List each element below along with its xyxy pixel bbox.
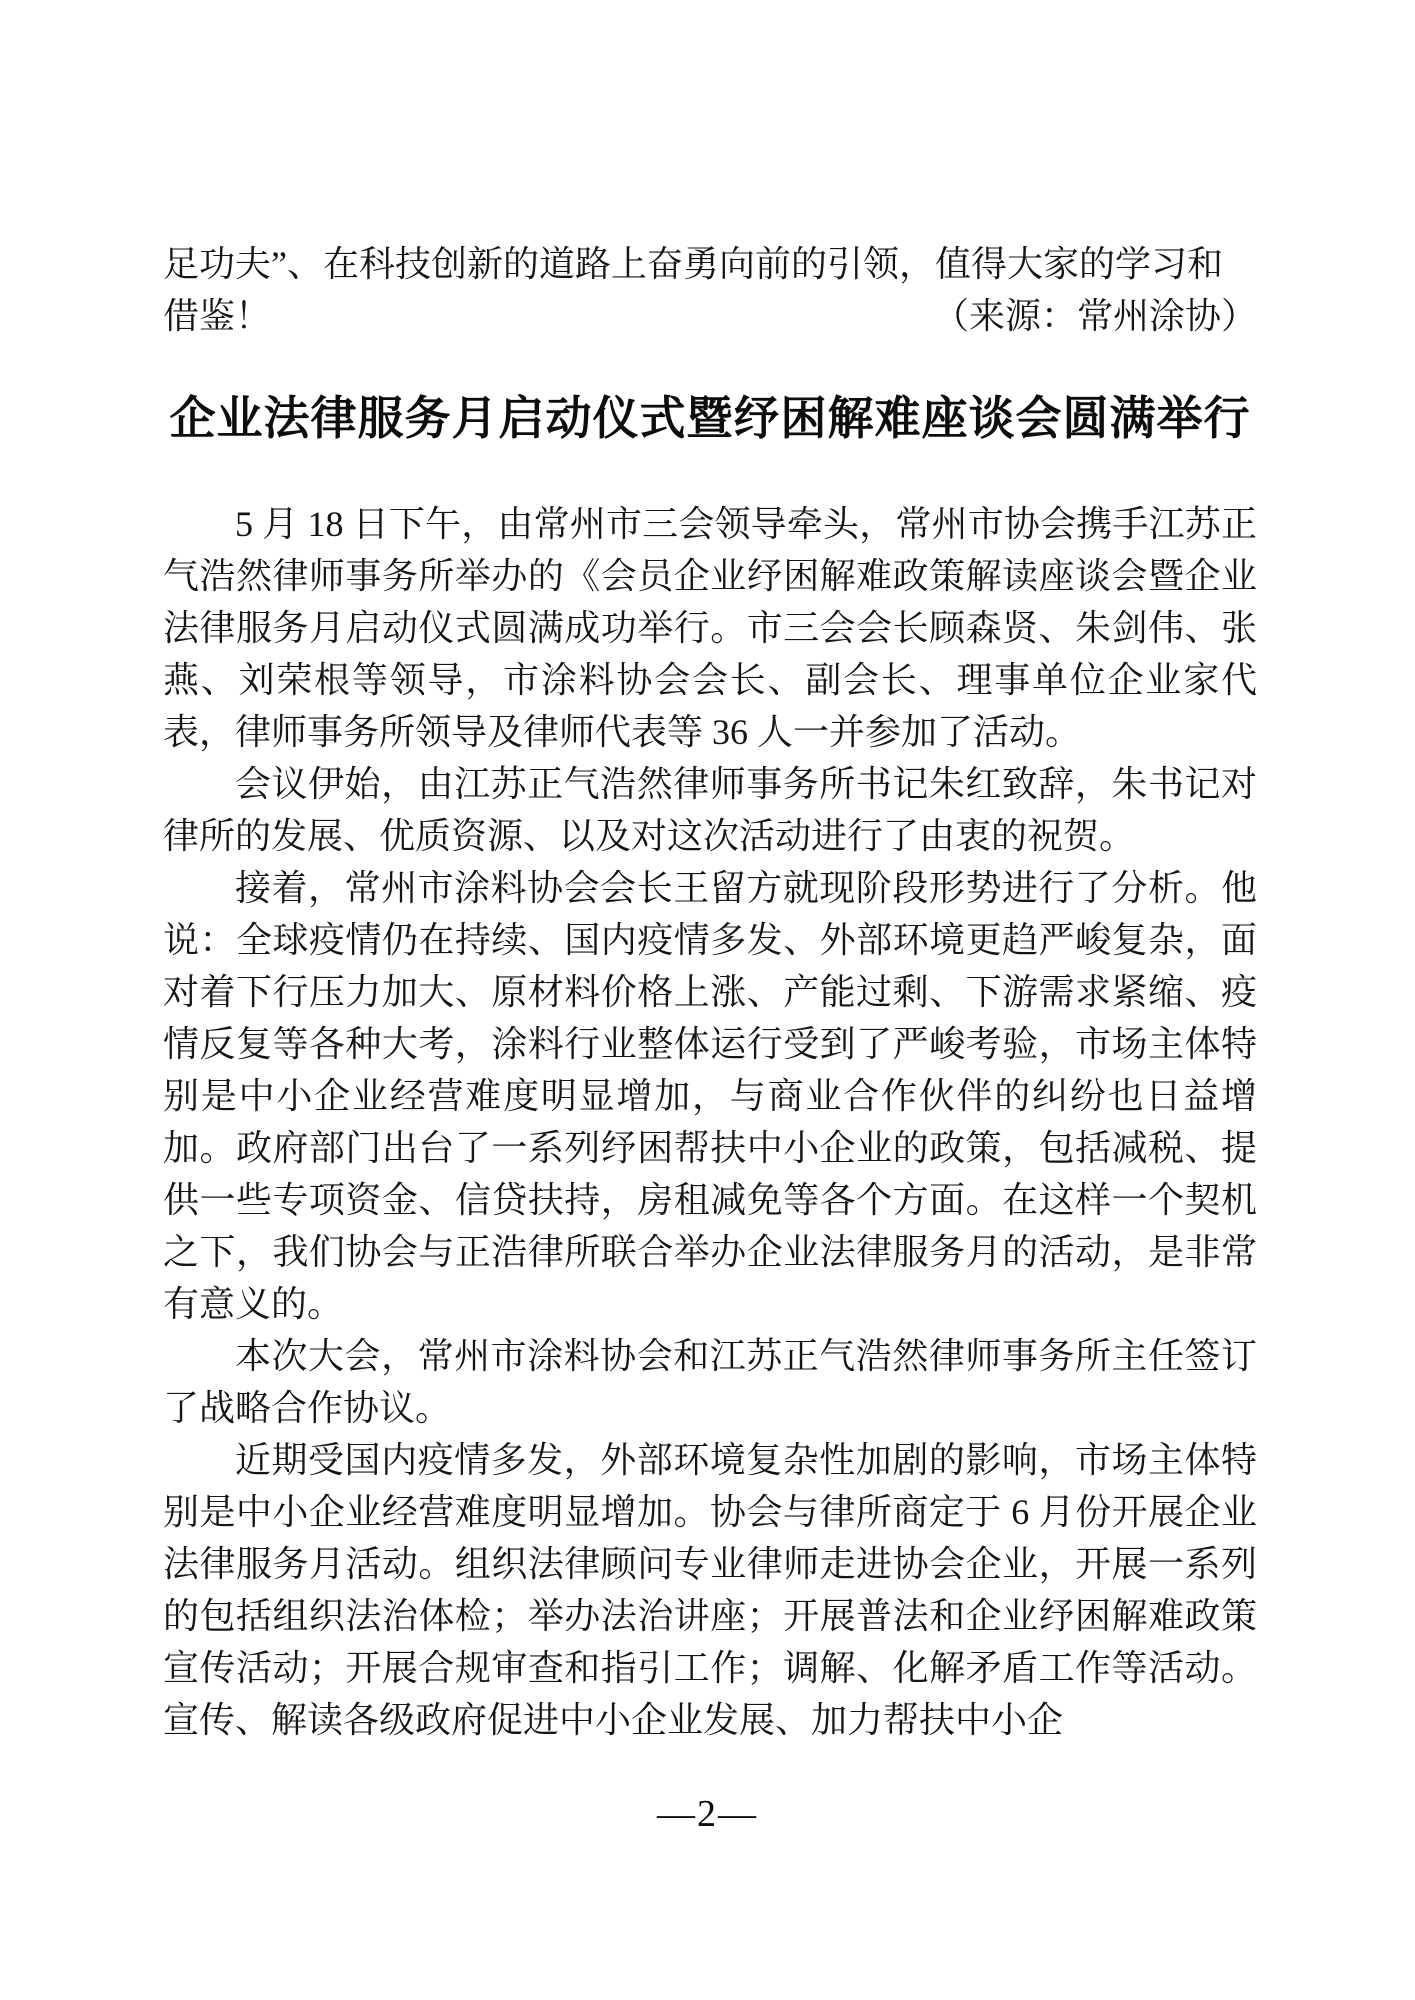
page-number: —2— [0, 1788, 1415, 1840]
article-paragraph: 会议伊始，由江苏正气浩然律师事务所书记朱红致辞，朱书记对律所的发展、优质资源、以… [163, 758, 1257, 862]
article-paragraph: 接着，常州市涂料协会会长王留方就现阶段形势进行了分析。他说：全球疫情仍在持续、国… [163, 862, 1257, 1330]
article-paragraph: 5 月 18 日下午，由常州市三会领导牵头，常州市协会携手江苏正气浩然律师事务所… [163, 498, 1257, 758]
continued-text-last-words: 借鉴！ [163, 290, 271, 342]
continued-text-end-row: 借鉴！ （来源：常州涂协） [163, 290, 1257, 342]
document-page: 足功夫”、在科技创新的道路上奋勇向前的引领，值得大家的学习和 借鉴！ （来源：常… [0, 0, 1415, 2000]
article-paragraph: 近期受国内疫情多发，外部环境复杂性加剧的影响，市场主体特别是中小企业经营难度明显… [163, 1434, 1257, 1746]
article-body: 5 月 18 日下午，由常州市三会领导牵头，常州市协会携手江苏正气浩然律师事务所… [163, 498, 1257, 1746]
continued-text-line: 足功夫”、在科技创新的道路上奋勇向前的引领，值得大家的学习和 [163, 238, 1257, 290]
source-attribution: （来源：常州涂协） [933, 290, 1257, 342]
previous-article-continuation: 足功夫”、在科技创新的道路上奋勇向前的引领，值得大家的学习和 借鉴！ （来源：常… [163, 238, 1257, 342]
page-content: 足功夫”、在科技创新的道路上奋勇向前的引领，值得大家的学习和 借鉴！ （来源：常… [163, 238, 1257, 1746]
article-paragraph: 本次大会，常州市涂料协会和江苏正气浩然律师事务所主任签订了战略合作协议。 [163, 1330, 1257, 1434]
article-title: 企业法律服务月启动仪式暨纾困解难座谈会圆满举行 [163, 388, 1257, 450]
